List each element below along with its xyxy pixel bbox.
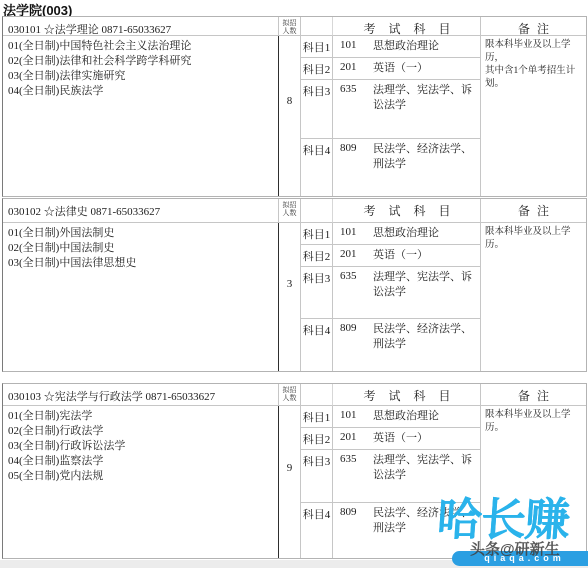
subject-row-content: 201 英语（一）	[333, 58, 481, 80]
enroll-count-cell: 3	[279, 223, 301, 371]
header-spacer-cell	[301, 384, 333, 406]
subject-row-content: 201 英语（一）	[333, 428, 481, 450]
subject-code: 809	[340, 506, 364, 518]
subject-name: 民法学、经济法学、刑法学	[373, 322, 480, 351]
remark-cell: 限本科毕业及以上学历。	[481, 223, 586, 371]
subject-name: 思想政治理论	[373, 409, 480, 424]
subject-code: 101	[340, 409, 364, 421]
enroll-column-header: 拟招 人数	[279, 199, 301, 223]
major-header: 030103 ☆宪法学与行政法学 0871-65033627	[3, 384, 279, 406]
subject-code: 809	[340, 322, 364, 334]
header-spacer-cell	[301, 17, 333, 36]
exam-subjects-header: 考试科目	[333, 199, 481, 223]
major-header: 030101 ☆法学理论 0871-65033627	[3, 17, 279, 36]
remark-header: 备注	[481, 17, 586, 36]
subject-code: 201	[340, 248, 364, 260]
exam-subjects-header: 考试科目	[333, 17, 481, 36]
subject-row-label: 科目4	[301, 503, 333, 558]
remark-header: 备注	[481, 199, 586, 223]
enroll-count: 3	[279, 278, 300, 290]
subject-row-label: 科目1	[301, 36, 333, 58]
major-header: 030102 ☆法律史 0871-65033627	[3, 199, 279, 223]
subject-row-content: 101 思想政治理论	[333, 406, 481, 428]
subject-code: 635	[340, 270, 364, 282]
subject-name: 英语（一）	[373, 61, 480, 76]
enroll-count: 9	[279, 462, 300, 474]
subject-row-content: 101 思想政治理论	[333, 36, 481, 58]
subject-code: 809	[340, 142, 364, 154]
enroll-column-header: 拟招 人数	[279, 17, 301, 36]
subject-code: 635	[340, 83, 364, 95]
program-list: 01(全日制)中国特色社会主义法治理论 02(全日制)法律和社会科学跨学科研究 …	[3, 36, 279, 196]
subject-row-content: 809 民法学、经济法学、刑法学	[333, 139, 481, 196]
subject-name: 思想政治理论	[373, 226, 480, 241]
admission-table-030101: 030101 ☆法学理论 0871-65033627 拟招 人数 考试科目 备注…	[2, 16, 587, 197]
remark-header: 备注	[481, 384, 586, 406]
subject-name: 民法学、经济法学、刑法学	[373, 142, 480, 171]
subject-row-content: 635 法理学、宪法学、诉讼法学	[333, 267, 481, 319]
subject-row-label: 科目2	[301, 428, 333, 450]
subject-row-label: 科目1	[301, 406, 333, 428]
subject-code: 101	[340, 39, 364, 51]
subject-name: 思想政治理论	[373, 39, 480, 54]
enroll-count-cell: 8	[279, 36, 301, 196]
program-list: 01(全日制)宪法学 02(全日制)行政法学 03(全日制)行政诉讼法学 04(…	[3, 406, 279, 558]
subject-row-label: 科目4	[301, 139, 333, 196]
subject-row-content: 635 法理学、宪法学、诉讼法学	[333, 80, 481, 139]
subject-code: 101	[340, 226, 364, 238]
subject-row-label: 科目3	[301, 450, 333, 503]
subject-name: 英语（一）	[373, 431, 480, 446]
program-list: 01(全日制)外国法制史 02(全日制)中国法制史 03(全日制)中国法律思想史	[3, 223, 279, 371]
subject-row-label: 科目4	[301, 319, 333, 371]
subject-row-content: 809 民法学、经济法学、刑法学	[333, 319, 481, 371]
enroll-column-header: 拟招 人数	[279, 384, 301, 406]
exam-subjects-header: 考试科目	[333, 384, 481, 406]
subject-name: 法理学、宪法学、诉讼法学	[373, 270, 480, 299]
admission-table-030102: 030102 ☆法律史 0871-65033627 拟招 人数 考试科目 备注 …	[2, 198, 587, 372]
subject-row-content: 201 英语（一）	[333, 245, 481, 267]
subject-row-label: 科目1	[301, 223, 333, 245]
enroll-count: 8	[279, 95, 300, 107]
subject-code: 201	[340, 61, 364, 73]
subject-code: 635	[340, 453, 364, 465]
subject-name: 英语（一）	[373, 248, 480, 263]
header-spacer-cell	[301, 199, 333, 223]
remark-cell: 限本科毕业及以上学历， 其中含1个单考招生计划。	[481, 36, 586, 196]
subject-name: 法理学、宪法学、诉讼法学	[373, 453, 480, 482]
enroll-count-cell: 9	[279, 406, 301, 558]
subject-row-label: 科目3	[301, 80, 333, 139]
subject-row-label: 科目2	[301, 58, 333, 80]
subject-code: 201	[340, 431, 364, 443]
subject-name: 法理学、宪法学、诉讼法学	[373, 83, 480, 112]
subject-row-content: 101 思想政治理论	[333, 223, 481, 245]
subject-row-label: 科目3	[301, 267, 333, 319]
subject-row-label: 科目2	[301, 245, 333, 267]
watermark-overlay-text: 头条@研新生	[470, 538, 560, 559]
